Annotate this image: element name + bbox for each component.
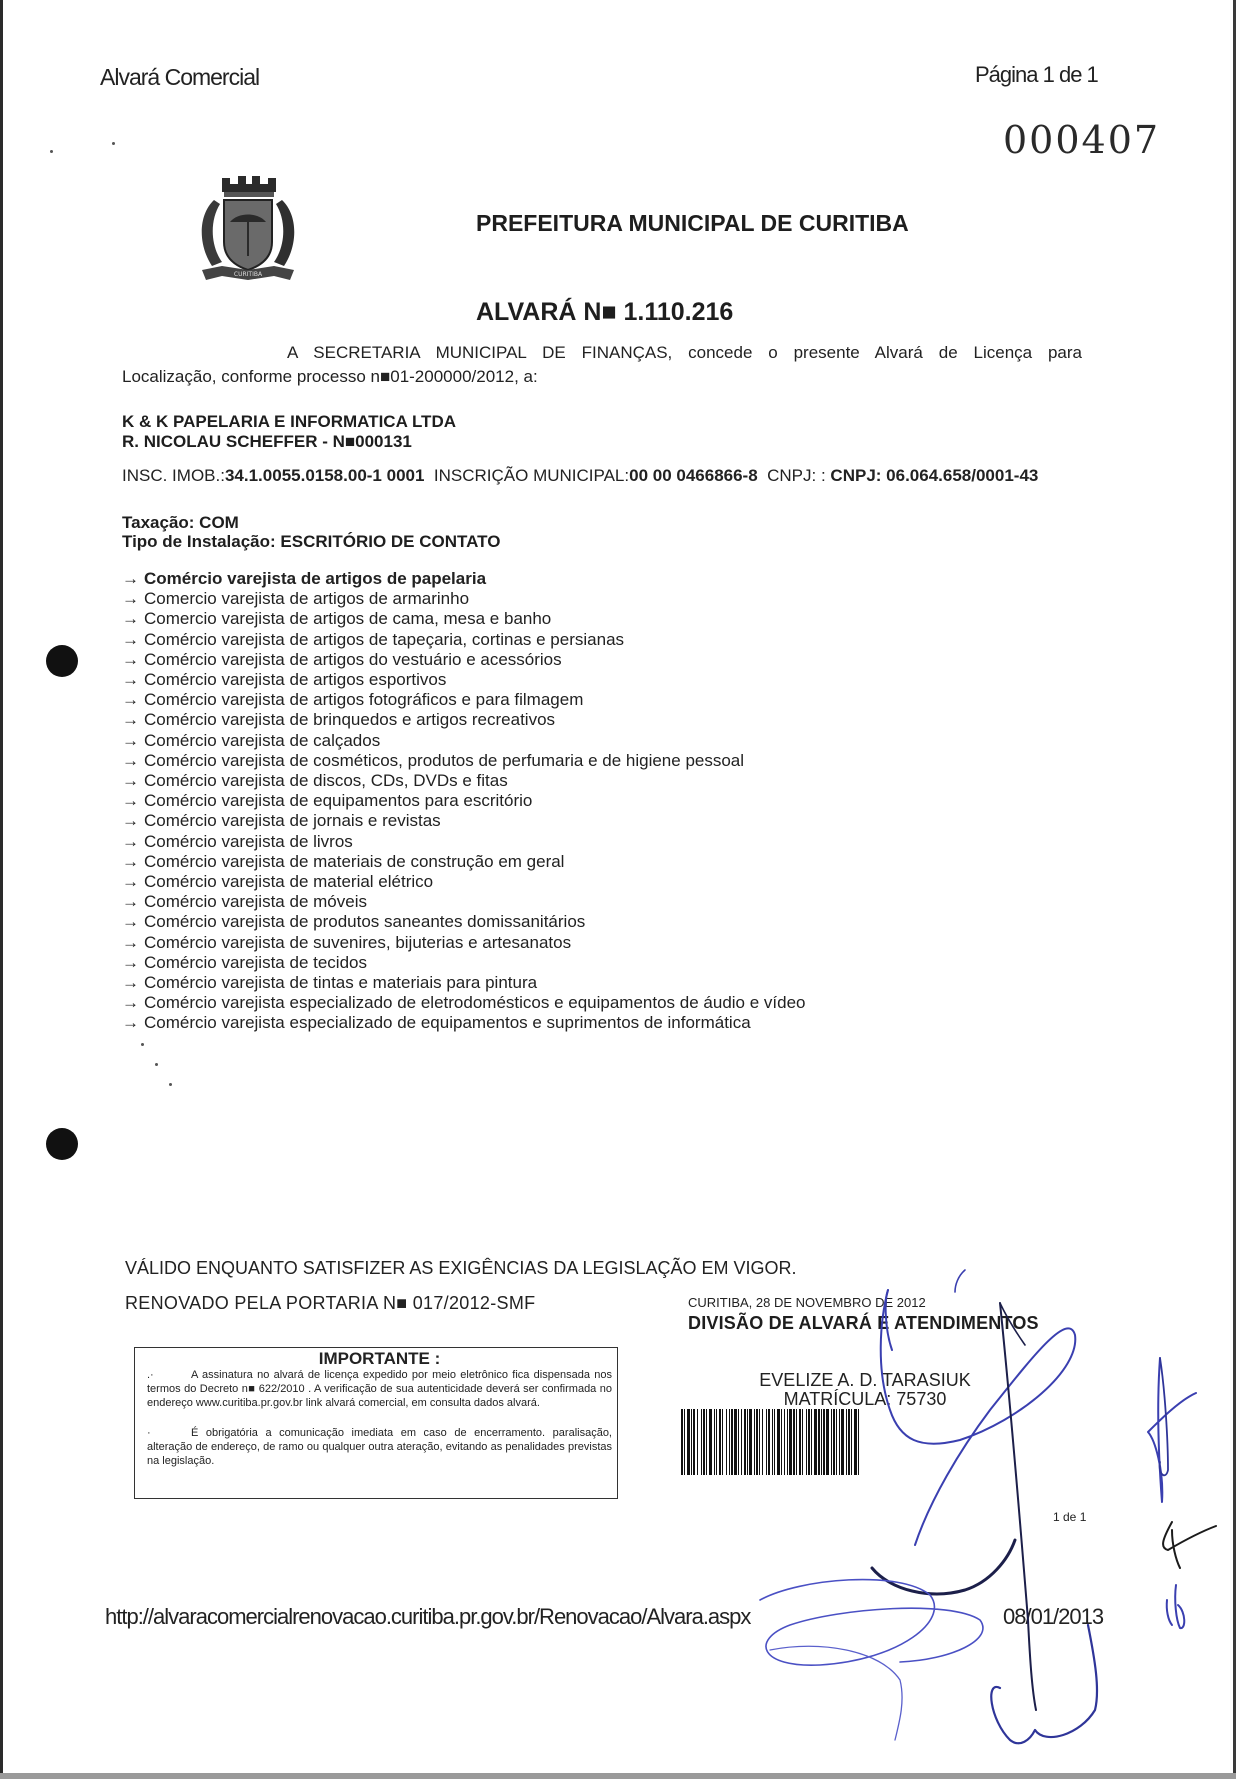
- registration-line: INSC. IMOB.:34.1.0055.0158.00-1 0001 INS…: [122, 466, 1038, 486]
- activity-item: →Comércio varejista de móveis: [122, 892, 806, 912]
- arrow-right-icon: →: [122, 569, 144, 589]
- activity-label: Comércio varejista de calçados: [144, 731, 380, 750]
- activity-item: →Comércio varejista de cosméticos, produ…: [122, 751, 806, 771]
- activity-label: Comércio varejista de artigos esportivos: [144, 670, 446, 689]
- arrow-right-icon: →: [122, 933, 144, 953]
- activity-item: →Comércio varejista de livros: [122, 832, 806, 852]
- activity-item: →Comércio varejista de suvenires, bijute…: [122, 933, 806, 953]
- punch-hole: [46, 1128, 78, 1160]
- activity-label: Comércio varejista de produtos saneantes…: [144, 912, 585, 931]
- alvara-number: ALVARÁ N■ 1.110.216: [476, 298, 733, 327]
- company-address: R. NICOLAU SCHEFFER - N■000131: [122, 432, 456, 452]
- scan-edge-bottom: [0, 1773, 1236, 1779]
- activity-item: →Comercio varejista de artigos de cama, …: [122, 609, 806, 629]
- bullet: .·: [147, 1368, 191, 1382]
- activity-item: →Comércio varejista de calçados: [122, 731, 806, 751]
- activities-list: →Comércio varejista de artigos de papela…: [122, 569, 806, 1034]
- arrow-right-icon: →: [122, 609, 144, 629]
- intro-paragraph: A SECRETARIA MUNICIPAL DE FINANÇAS, conc…: [122, 341, 1082, 389]
- activity-label: Comércio varejista de suvenires, bijuter…: [144, 933, 571, 952]
- footer-date: 08/01/2013: [1003, 1604, 1103, 1630]
- cnpj-value: CNPJ: 06.064.658/0001-43: [830, 466, 1038, 485]
- arrow-right-icon: →: [122, 731, 144, 751]
- city-date: CURITIBA, 28 DE NOVEMBRO DE 2012: [688, 1295, 926, 1310]
- activity-label: Comércio varejista de discos, CDs, DVDs …: [144, 771, 508, 790]
- intro-line-1: A SECRETARIA MUNICIPAL DE FINANÇAS, conc…: [287, 343, 1082, 362]
- company-block: K & K PAPELARIA E INFORMATICA LTDA R. NI…: [122, 412, 456, 452]
- arrow-right-icon: →: [122, 1013, 144, 1033]
- activity-item: →Comércio varejista de materiais de cons…: [122, 852, 806, 872]
- activity-label: Comércio varejista de material elétrico: [144, 872, 433, 891]
- activity-item: →Comércio varejista de tecidos: [122, 953, 806, 973]
- activity-item: →Comércio varejista especializado de ele…: [122, 993, 806, 1013]
- bullet: ·: [147, 1426, 191, 1440]
- arrow-right-icon: →: [122, 892, 144, 912]
- scan-speck: [169, 1083, 172, 1086]
- signer-id: MATRÍCULA: 75730: [755, 1390, 975, 1409]
- org-title: PREFEITURA MUNICIPAL DE CURITIBA: [476, 210, 909, 237]
- scan-speck: [141, 1043, 144, 1046]
- activity-item: →Comércio varejista de tintas e materiai…: [122, 973, 806, 993]
- arrow-right-icon: →: [122, 832, 144, 852]
- taxation-block: Taxação: COM Tipo de Instalação: ESCRITÓ…: [122, 513, 500, 551]
- taxacao: Taxação: COM: [122, 513, 500, 532]
- activity-label: Comércio varejista de livros: [144, 832, 353, 851]
- tipo-instalacao: Tipo de Instalação: ESCRITÓRIO DE CONTAT…: [122, 532, 500, 551]
- activity-label: Comércio varejista de artigos de papelar…: [144, 569, 486, 588]
- arrow-right-icon: →: [122, 751, 144, 771]
- activity-label: Comércio varejista de artigos fotográfic…: [144, 690, 583, 709]
- activity-item: →Comercio varejista de artigos de armari…: [122, 589, 806, 609]
- arrow-right-icon: →: [122, 589, 144, 609]
- activity-item: →Comércio varejista de material elétrico: [122, 872, 806, 892]
- signer-block: EVELIZE A. D. TARASIUK MATRÍCULA: 75730: [755, 1371, 975, 1409]
- activity-label: Comércio varejista de tecidos: [144, 953, 367, 972]
- arrow-right-icon: →: [122, 630, 144, 650]
- imob-value: 34.1.0055.0158.00-1 0001: [225, 466, 424, 485]
- page-of: 1 de 1: [1053, 1510, 1086, 1524]
- activity-label: Comércio varejista de tintas e materiais…: [144, 973, 537, 992]
- renewal-ordinance: RENOVADO PELA PORTARIA N■ 017/2012-SMF: [125, 1293, 535, 1314]
- arrow-right-icon: →: [122, 670, 144, 690]
- arrow-right-icon: →: [122, 811, 144, 831]
- activity-label: Comércio varejista de materiais de const…: [144, 852, 564, 871]
- cnpj-label: CNPJ: :: [767, 466, 826, 485]
- arrow-right-icon: →: [122, 872, 144, 892]
- emblem-label: CURITIBA: [234, 271, 263, 278]
- activity-label: Comercio varejista de artigos de armarin…: [144, 589, 469, 608]
- intro-line-2: Localização, conforme processo n■01-2000…: [122, 365, 1082, 389]
- document-header-title: Alvará Comercial: [100, 64, 259, 91]
- activity-label: Comércio varejista de artigos do vestuár…: [144, 650, 562, 669]
- activity-item: →Comércio varejista de brinquedos e arti…: [122, 710, 806, 730]
- activity-label: Comércio varejista de cosméticos, produt…: [144, 751, 744, 770]
- arrow-right-icon: →: [122, 953, 144, 973]
- stamp-number: 000407: [1003, 118, 1160, 162]
- activity-label: Comércio varejista de artigos de tapeçar…: [144, 630, 624, 649]
- activity-label: Comércio varejista especializado de elet…: [144, 993, 806, 1012]
- arrow-right-icon: →: [122, 993, 144, 1013]
- activity-label: Comércio varejista de jornais e revistas: [144, 811, 441, 830]
- activity-item: →Comércio varejista especializado de equ…: [122, 1013, 806, 1033]
- scan-speck: [112, 142, 115, 145]
- important-paragraph-2: ·É obrigatória a comunicação imediata em…: [147, 1426, 612, 1468]
- arrow-right-icon: →: [122, 852, 144, 872]
- scan-speck: [50, 150, 53, 153]
- arrow-right-icon: →: [122, 650, 144, 670]
- activity-label: Comercio varejista de artigos de cama, m…: [144, 609, 551, 628]
- activity-label: Comércio varejista de móveis: [144, 892, 367, 911]
- activity-item: →Comércio varejista de artigos de papela…: [122, 569, 806, 589]
- activity-item: →Comércio varejista de jornais e revista…: [122, 811, 806, 831]
- important-paragraph-1: .·A assinatura no alvará de licença expe…: [147, 1368, 612, 1410]
- important-title: IMPORTANTE :: [147, 1349, 612, 1368]
- barcode-icon: [681, 1409, 1039, 1475]
- page-count: Página 1 de 1: [975, 62, 1098, 88]
- footer-url: http://alvaracomercialrenovacao.curitiba…: [105, 1604, 750, 1630]
- activity-item: →Comércio varejista de artigos esportivo…: [122, 670, 806, 690]
- municipal-label: INSCRIÇÃO MUNICIPAL:: [434, 466, 629, 485]
- scan-edge-left: [0, 0, 3, 1779]
- arrow-right-icon: →: [122, 912, 144, 932]
- important-notice-box: IMPORTANTE : .·A assinatura no alvará de…: [134, 1347, 618, 1499]
- arrow-right-icon: →: [122, 690, 144, 710]
- activity-item: →Comércio varejista de equipamentos para…: [122, 791, 806, 811]
- scan-speck: [155, 1063, 158, 1066]
- arrow-right-icon: →: [122, 771, 144, 791]
- activity-item: →Comércio varejista de discos, CDs, DVDs…: [122, 771, 806, 791]
- arrow-right-icon: →: [122, 791, 144, 811]
- activity-item: →Comércio varejista de artigos fotográfi…: [122, 690, 806, 710]
- imob-label: INSC. IMOB.:: [122, 466, 225, 485]
- activity-label: Comércio varejista especializado de equi…: [144, 1013, 751, 1032]
- activity-item: →Comércio varejista de produtos saneante…: [122, 912, 806, 932]
- activity-label: Comércio varejista de equipamentos para …: [144, 791, 532, 810]
- activity-item: →Comércio varejista de artigos de tapeça…: [122, 630, 806, 650]
- activity-item: →Comércio varejista de artigos do vestuá…: [122, 650, 806, 670]
- signer-name: EVELIZE A. D. TARASIUK: [755, 1371, 975, 1390]
- arrow-right-icon: →: [122, 973, 144, 993]
- coat-of-arms-icon: CURITIBA: [192, 170, 304, 288]
- municipal-value: 00 00 0466866-8: [629, 466, 758, 485]
- validity-statement: VÁLIDO ENQUANTO SATISFIZER AS EXIGÊNCIAS…: [125, 1258, 797, 1279]
- arrow-right-icon: →: [122, 710, 144, 730]
- activity-label: Comércio varejista de brinquedos e artig…: [144, 710, 555, 729]
- company-name: K & K PAPELARIA E INFORMATICA LTDA: [122, 412, 456, 432]
- punch-hole: [46, 645, 78, 677]
- division-name: DIVISÃO DE ALVARÁ E ATENDIMENTOS: [688, 1313, 1039, 1334]
